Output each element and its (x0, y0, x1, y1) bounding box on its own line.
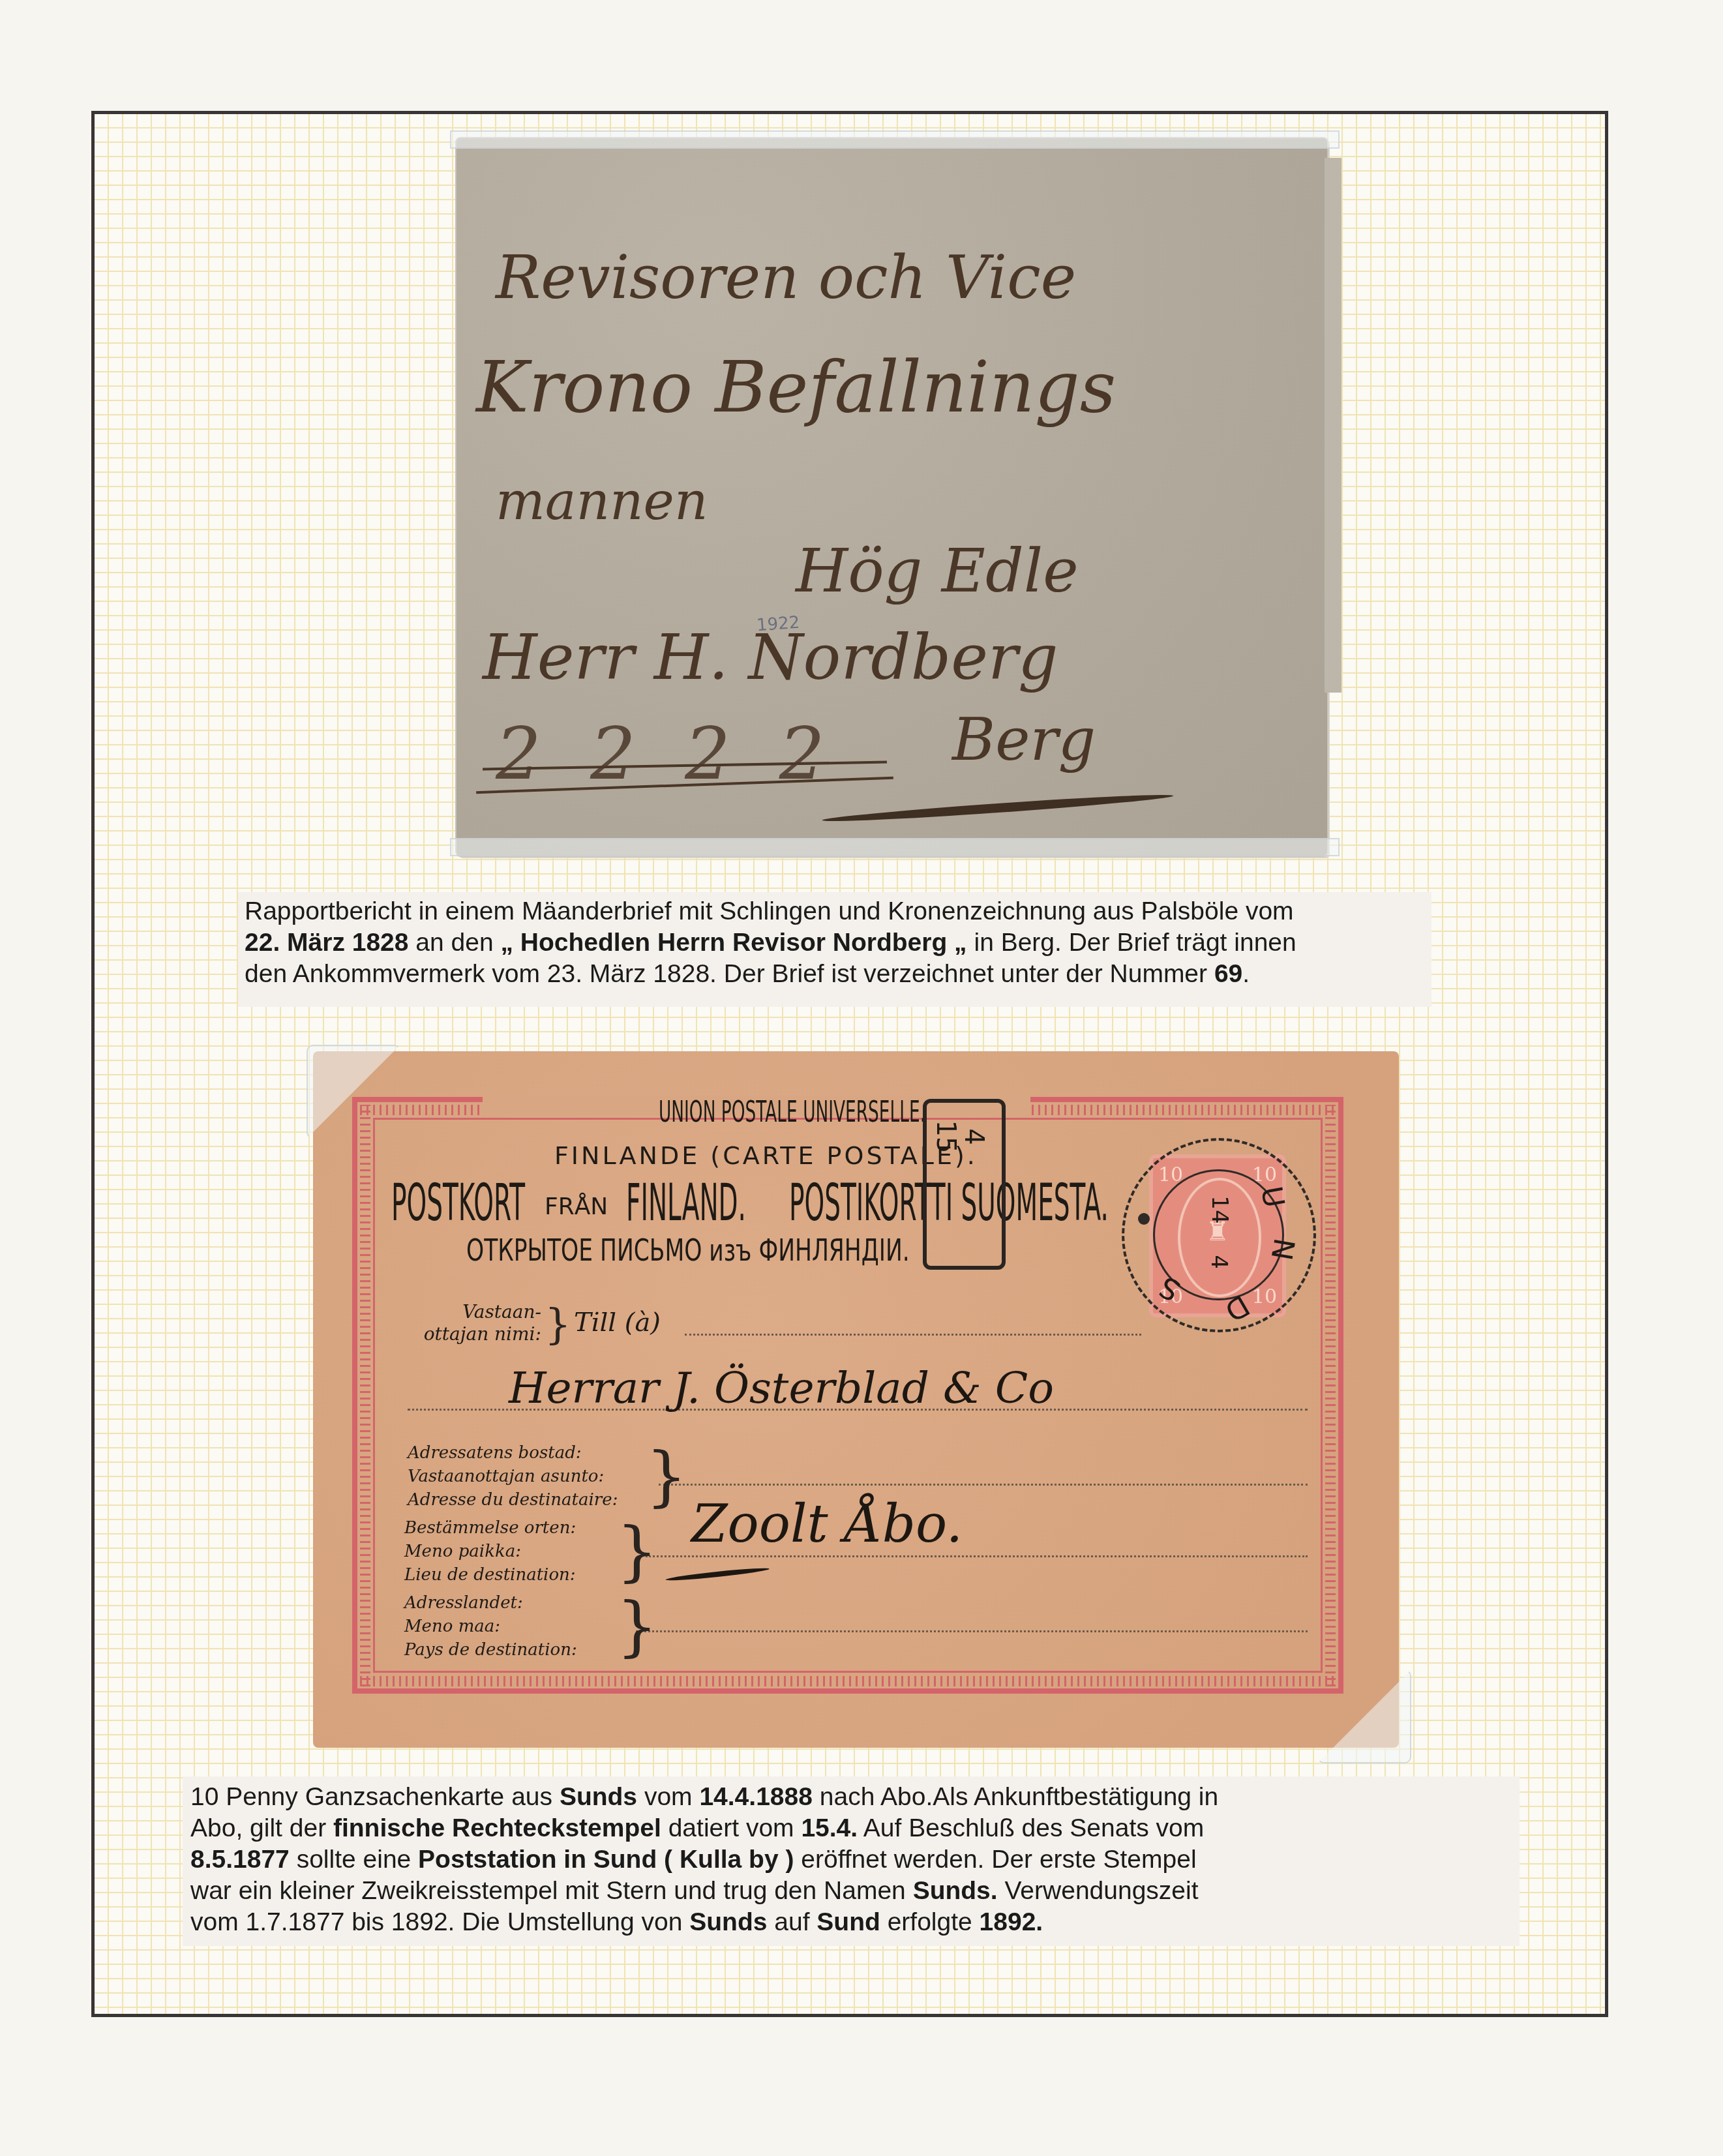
caption-line: 22. März 1828 an den „ Hochedlen Herrn R… (245, 927, 1425, 959)
postmark-month: 4 (1206, 1255, 1232, 1269)
caption-line: Rapportbericht in einem Mäanderbrief mit… (245, 896, 1425, 927)
maeanderbrief-letter: Revisoren och Vice Krono Befallnings man… (457, 138, 1327, 856)
recipient-label: Vastaan- ottajan nimi: (404, 1301, 541, 1345)
caption-line: war ein kleiner Zweikreisstempel mit Ste… (190, 1876, 1512, 1907)
caption-line: den Ankommvermerk vom 23. März 1828. Der… (245, 959, 1425, 990)
brace: } (616, 1513, 658, 1589)
destination-labels: Bestämmelse orten: Meno paikka: Lieu de … (404, 1516, 576, 1587)
letter-underline-swash (822, 791, 1174, 825)
letter-crossed-marking: 2 2 2 2 (496, 712, 838, 796)
letter-caption: Rapportbericht in einem Mäanderbrief mit… (238, 892, 1431, 1007)
brace: } (545, 1301, 571, 1349)
letter-handwriting-line-6: Berg (952, 706, 1096, 774)
postcard-subheader: FINLANDE (CARTE POSTALE). (554, 1141, 978, 1170)
letter-fold-edge (1325, 158, 1341, 693)
rect-stamp-month: 4 (959, 1128, 989, 1145)
postcard-title-postkort: POSTKORT (391, 1174, 525, 1233)
caption-line: 8.5.1877 sollte eine Poststation in Sund… (190, 1844, 1512, 1876)
postcard-title-finland: FINLAND. (626, 1174, 746, 1233)
postmark-day: 14 (1206, 1195, 1233, 1223)
address-labels: Adressatens bostad: Vastaanottajan asunt… (408, 1441, 618, 1512)
greek-key-band-right (1325, 1105, 1336, 1686)
brace: } (646, 1438, 687, 1514)
caption-line: vom 1.7.1877 bis 1892. Die Umstellung vo… (190, 1907, 1512, 1938)
letter-pencil-note: 1922 (756, 613, 800, 636)
letter-handwriting-line-4: Hög Edle (796, 536, 1079, 606)
handwritten-recipient: Herrar J. Österblad & Co (509, 1363, 1054, 1413)
greek-key-band-left (360, 1105, 370, 1686)
postcard-header: UNION POSTALE UNIVERSELLE. (659, 1096, 925, 1129)
postcard-caption: 10 Penny Ganzsachenkarte aus Sunds vom 1… (183, 1776, 1520, 1946)
country-labels: Adresslandet: Meno maa: Pays de destinat… (404, 1591, 577, 1662)
brace: } (616, 1588, 658, 1664)
rect-stamp-day: 15 (931, 1120, 961, 1154)
protective-sleeve (450, 130, 1340, 149)
postcard-title-fran: FRÅN (545, 1193, 608, 1220)
till-label: Till (à) (574, 1308, 661, 1338)
caption-line: Abo, gilt der finnische Rechteckstempel … (190, 1813, 1512, 1844)
letter-handwriting-line-3: mannen (496, 471, 708, 532)
address-line (646, 1555, 1308, 1557)
address-line (685, 1334, 1141, 1336)
letter-handwriting-line-2: Krono Befallnings (476, 347, 1116, 428)
address-line (636, 1630, 1308, 1632)
handwritten-destination: Zoolt Åbo. (691, 1493, 963, 1554)
caption-line: 10 Penny Ganzsachenkarte aus Sunds vom 1… (190, 1782, 1512, 1813)
letter-handwriting-line-1: Revisoren och Vice (496, 243, 1076, 312)
protective-sleeve (450, 838, 1340, 856)
postmark-star-icon (1138, 1213, 1150, 1225)
address-line (659, 1484, 1308, 1486)
postcard-russian-title: ОТКРЫТОЕ ПИСЬМО изъ ФИНЛЯНДIИ. (466, 1233, 910, 1268)
greek-key-band-bottom (360, 1676, 1336, 1686)
